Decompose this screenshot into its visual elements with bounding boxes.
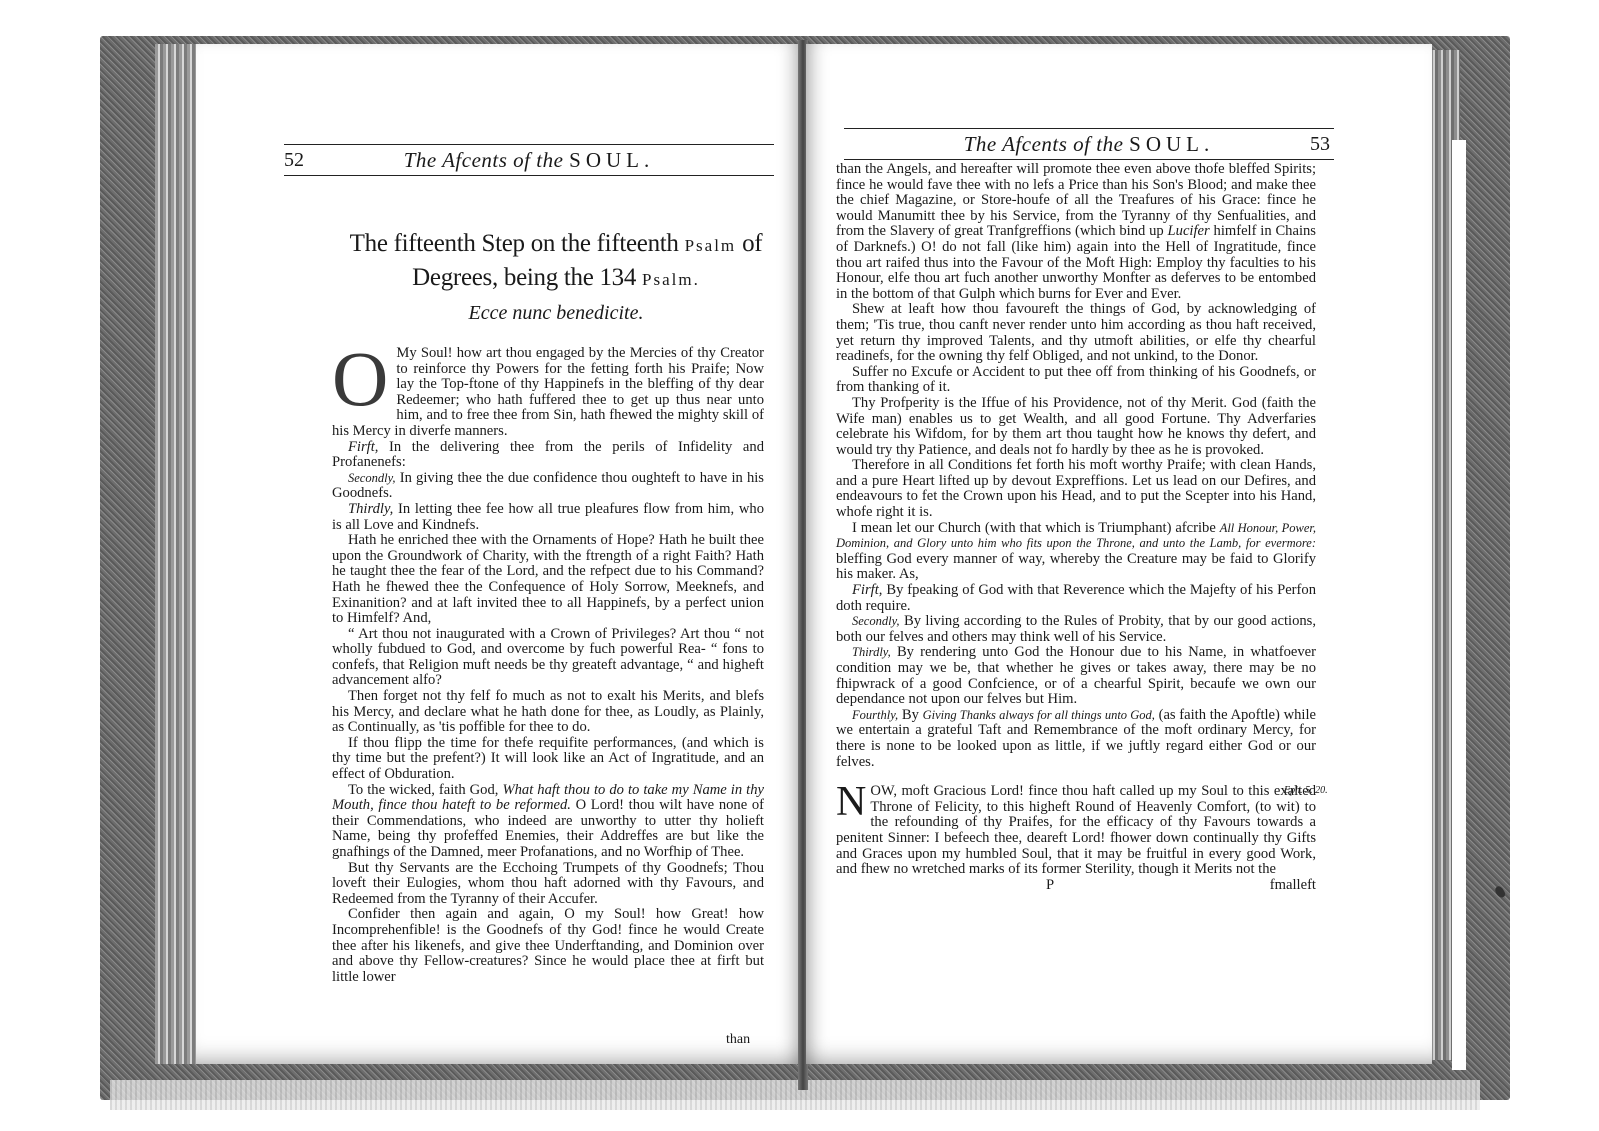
right-page: The Afcents of the SOUL. 53 than the Ang… [806, 44, 1432, 1064]
paragraph: O My Soul! how art thou engaged by the M… [332, 346, 764, 440]
page-number: 53 [1290, 133, 1334, 156]
paragraph: Thirdly, In letting thee fee how all tru… [332, 502, 764, 533]
paragraph: Then forget not thy felf fo much as not … [332, 689, 764, 736]
running-head: The Afcents of the SOUL. 53 [844, 128, 1334, 160]
running-title: The Afcents of the SOUL. [324, 148, 734, 173]
signature-mark: P [1046, 878, 1054, 894]
left-body-text: O My Soul! how art thou engaged by the M… [332, 346, 764, 985]
book-cover-edge [110, 1080, 1480, 1110]
running-title: The Afcents of the SOUL. [888, 132, 1290, 157]
cover-gap [1452, 140, 1466, 1070]
running-head: 52 The Afcents of the SOUL. [284, 144, 774, 176]
paragraph: Secondly, In giving thee the due confide… [332, 471, 764, 502]
chapter-title: The fifteenth Step on the fifteenth Psal… [326, 228, 786, 296]
paragraph: I mean let our Church (with that which i… [836, 521, 1316, 583]
paragraph: If thou flipp the time for thefe requifi… [332, 736, 764, 783]
paragraph: Secondly, By living according to the Rul… [836, 614, 1316, 645]
margin-note: Eph. 5. 20. [1284, 785, 1328, 796]
paragraph: But thy Servants are the Ecchoing Trumpe… [332, 861, 764, 908]
prayer-paragraph: N OW, moft Gracious Lord! fince thou haf… [836, 784, 1316, 878]
page-number: 52 [284, 149, 324, 172]
drop-cap: N [836, 786, 866, 818]
paragraph: Hath he enriched thee with the Ornaments… [332, 533, 764, 627]
paragraph: Fourthly, By Giving Thanks always for al… [836, 708, 1316, 770]
paragraph: Confider then again and again, O my Soul… [332, 907, 764, 985]
latin-heading: Ecce nunc benedicite. [326, 302, 786, 325]
left-page: 52 The Afcents of the SOUL. The fifteent… [196, 44, 800, 1064]
paragraph: To the wicked, faith God, What haft thou… [332, 783, 764, 861]
quoted-paragraph: “ Art thou not inaugurated with a Crown … [332, 627, 764, 689]
paragraph: Therefore in all Conditions fet forth hi… [836, 458, 1316, 520]
paragraph: Firft, In the delivering thee from the p… [332, 440, 764, 471]
catchword: than [726, 1032, 750, 1048]
paragraph: Thy Profperity is the Iffue of his Provi… [836, 396, 1316, 458]
paragraph: Suffer no Excufe or Accident to put thee… [836, 365, 1316, 396]
left-page-edges [155, 44, 197, 1064]
paragraph: Firft, By fpeaking of God with that Reve… [836, 583, 1316, 614]
drop-cap: O [332, 348, 388, 410]
paragraph: than the Angels, and hereafter will prom… [836, 162, 1316, 302]
page-footer: P fmalleft [836, 878, 1316, 894]
paragraph: Thirdly, By rendering unto God the Honou… [836, 645, 1316, 707]
paragraph: Shew at leaft how thou favoureft the thi… [836, 302, 1316, 364]
right-body-text: than the Angels, and hereafter will prom… [836, 162, 1316, 893]
catchword: fmalleft [1270, 878, 1316, 894]
